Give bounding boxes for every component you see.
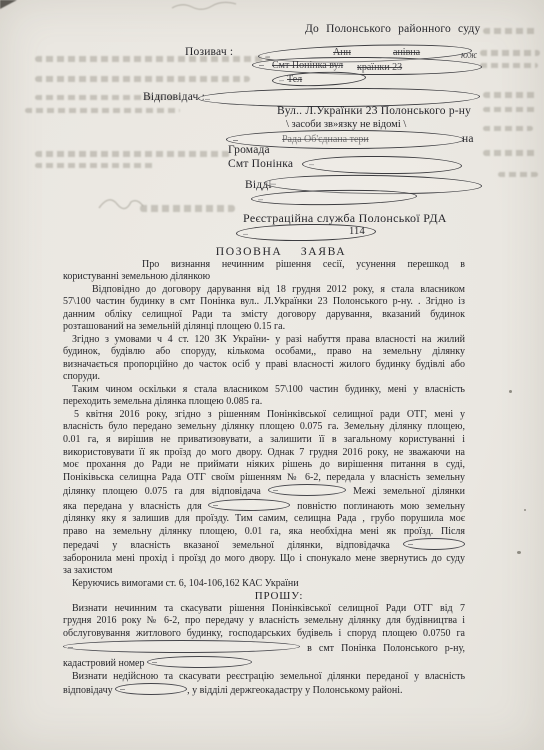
pen-mark [170,0,240,12]
community-label: Громада [228,144,270,156]
paragraph-4-line: 0.01 га, я вирішив не приватизовувати, а… [63,434,465,447]
document-body: ПОЗОВНА ЗАЯВАПро визнання нечинним рішен… [63,246,465,698]
paragraph-2-line: споруди. [63,371,465,384]
bleedthrough-mark [483,126,533,131]
redaction-oval [302,155,462,175]
paragraph-4-line: за захистом [63,565,465,578]
paragraph-4-line: 5 квітня 2016 року, згідно з рішенням По… [63,409,465,422]
claim-1-line: обслуговування житлового будинку, господ… [63,628,465,641]
paragraph-2-line: Згідно з умовами ч 4 ст. 120 ЗК України-… [63,334,465,347]
paragraph-1-line: 57\100 частин будинку в смт Понінка вул.… [63,296,465,309]
paragraph-4-line: ділянку яку я залишив для проїзду. Тим с… [63,513,465,526]
legal-basis-line: Керуючись вимогами ст. 6, 104-106,162 КА… [63,578,465,591]
subtitle-line: користуванні земельною ділянкою [63,271,465,284]
bleedthrough-mark [483,92,538,98]
paragraph-2-line: будинок, будівлю або споруду, кількома о… [63,346,465,359]
doc-title-line: ПОЗОВНА ЗАЯВА [63,246,465,259]
redacted-fragment: Смт Понінка вул [272,60,343,71]
redaction-oval [115,683,187,695]
court-name: До Полонського районного суду [305,23,480,35]
scan-speck [509,390,512,393]
paragraph-3-line: Таким чином оскільки я стала власником 5… [63,384,465,397]
defendant-label: Відповідач : [143,91,205,103]
redaction-oval [268,484,346,496]
bleedthrough-mark [35,76,250,82]
registration-number-fragment: 114 [349,226,365,237]
registration-service: Реєстраційна служба Полонської РДА [243,211,447,226]
redacted-fragment: Анн [333,47,351,58]
redaction-oval [272,70,366,87]
paragraph-4-line: моє прохання до Ради не приймати ніяких … [63,459,465,472]
bleedthrough-signature [95,192,147,214]
paragraph-4-line: власність було передано земельну ділянку… [63,421,465,434]
paragraph-4-line: передачі у власність вказаної земельної … [63,538,465,553]
settlement-label: Смт Понінка [228,158,293,170]
scanned-court-document-page: До Полонського районного суду Позивач : … [0,0,544,750]
claim-1-line: Визнати нечинним та скасувати рішення По… [63,603,465,616]
scan-corner-artifact [0,0,17,9]
redacted-fragment: анівна [393,47,420,58]
bleedthrough-mark [35,151,230,157]
paragraph-4-line: використовувати її як проїзд до мого дво… [63,447,465,460]
bleedthrough-mark [140,205,235,212]
redacted-fragment: Рада Об'єднана тери [282,134,369,145]
paragraph-4-line: Поніківьска селищна Рада ОТГ своїм рішен… [63,472,465,485]
bleedthrough-mark [480,50,540,56]
paragraph-4-line: заборонила мені прохід і проїзд до мого … [63,553,465,566]
paragraph-3-line: переходить земельна ділянка площею 0.085… [63,396,465,409]
contact-note: \ засоби зв»язку не відомі \ [286,119,406,130]
redacted-fragment: Тел [287,74,302,85]
subtitle-line: Про визнання нечинним рішення сесії, усу… [63,259,465,272]
claim-1-line: в смт Понінка Полонського р-ну, [63,640,465,656]
prayer-heading-line: ПРОШУ: [63,590,465,603]
paragraph-1-line: данним обліку селищної Ради та змісту до… [63,309,465,322]
bleedthrough-mark [483,150,538,156]
paragraph-2-line: визначається пропорційно до часток осіб … [63,359,465,372]
bleedthrough-mark [35,163,155,168]
claim-1-line: кадастровий номер [63,656,465,671]
redaction-oval [147,656,252,668]
paragraph-1-line: розташований на земельній ділянці площею… [63,321,465,334]
bleedthrough-mark [35,56,270,62]
paragraph-4-line: ділянку площею 0.075 га для відповідача … [63,484,465,499]
paragraph-1-line: Відповідно до договору дарування від 18 … [63,284,465,297]
redacted-fragment: юж [461,50,477,61]
redaction-oval [403,538,465,550]
plaintiff-label: Позивач : [185,46,233,58]
paragraph-4-line: право на земельну ділянку площею, 0.01 г… [63,526,465,539]
redaction-oval [251,189,417,207]
redaction-oval [208,499,290,511]
redacted-fragment: країнки 23 [357,62,402,73]
claim-2-line: відповідачу , у відділі держгеокадастру … [63,683,465,698]
redaction-oval [63,640,300,653]
scan-speck [524,509,526,511]
bleedthrough-mark [483,107,538,112]
bleedthrough-mark [483,28,538,34]
council-tail-text: на [462,133,474,145]
bleedthrough-mark [498,172,538,177]
defendant-address: Вул.. Л.Українки 23 Полонського р-ну [277,105,471,117]
bleedthrough-mark [480,63,538,68]
claim-1-line: грудня 2016 року № 6-2, про передачу у в… [63,615,465,628]
claim-2-line: Визнати недійсною та скасувати реєстраці… [63,671,465,684]
scan-speck [517,551,521,554]
paragraph-4-line: яка передана у власність для повністю по… [63,499,465,514]
bleedthrough-mark [25,108,180,113]
